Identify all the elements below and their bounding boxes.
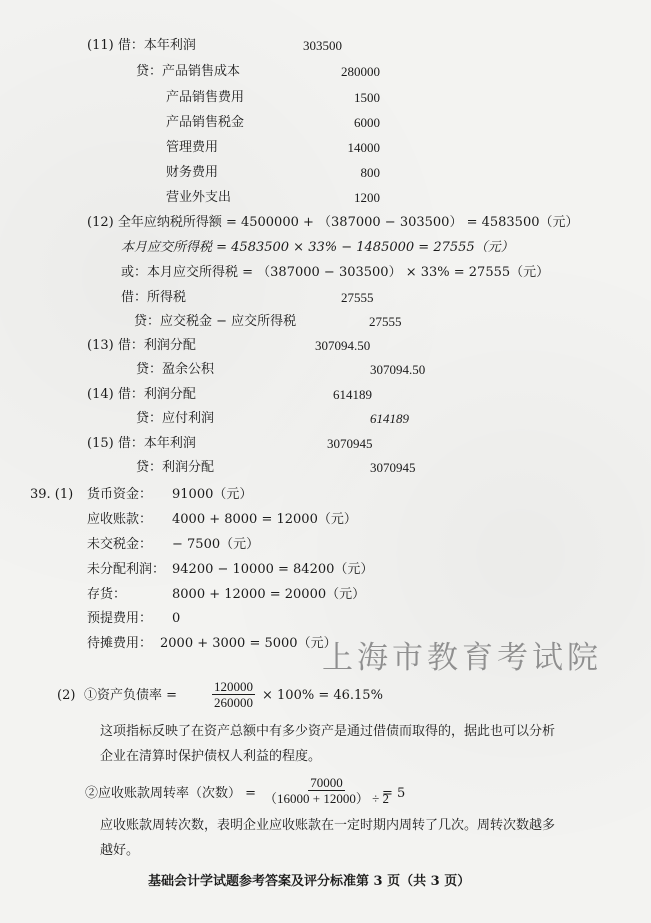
page-footer: 基础会计学试题参考答案及评分标准第 3 页（共 3 页） bbox=[148, 870, 470, 889]
ratio2-numerator: 70000 bbox=[308, 776, 345, 791]
entry-12-line-3: 或：本月应交所得税 = （387000 − 303500） × 33% = 27… bbox=[121, 265, 549, 281]
entry-14-credit-label: 贷：应付利润 bbox=[136, 411, 214, 427]
entry-11-credit-amount-5: 1200 bbox=[339, 190, 380, 206]
ratio2-explanation-2: 越好。 bbox=[100, 843, 139, 859]
entry-11-debit-label: (11) 借：本年利润 bbox=[87, 38, 196, 54]
entry-11-credit-amount-0: 280000 bbox=[339, 64, 380, 80]
issuer-stamp: 上海市教育考试院 bbox=[322, 640, 602, 676]
entry-15-credit-label: 贷：利润分配 bbox=[136, 460, 214, 476]
q39-item-value-4: 8000 + 12000 = 20000（元） bbox=[172, 587, 365, 603]
entry-14-debit-amount: 614189 bbox=[333, 387, 372, 403]
ratio1-suffix: × 100% = 46.15% bbox=[262, 688, 383, 704]
q39-item-label-2: 未交税金： bbox=[87, 537, 152, 553]
entry-11-credit-amount-2: 6000 bbox=[339, 115, 380, 131]
entry-11-credit-account-1: 产品销售费用 bbox=[166, 90, 244, 106]
ratio2-explanation-1: 应收账款周转次数，表明企业应收账款在一定时期内周转了几次。周转次数越多 bbox=[100, 818, 555, 834]
q39-item-label-0: 货币资金： bbox=[87, 487, 152, 503]
entry-13-credit-amount: 307094.50 bbox=[370, 362, 425, 378]
ratio1-numerator: 120000 bbox=[212, 680, 255, 695]
q39-part1-prefix: 39. (1) bbox=[30, 487, 73, 503]
entry-11-credit-label: 贷：产品销售成本 bbox=[136, 64, 240, 80]
q39-item-value-3: 94200 − 10000 = 84200（元） bbox=[172, 562, 373, 578]
ratio1-denominator: 260000 bbox=[212, 695, 255, 710]
ratio2-fraction: 70000 （16000 + 12000） ÷ 2 bbox=[262, 776, 391, 806]
q39-item-value-1: 4000 + 8000 = 12000（元） bbox=[172, 512, 357, 528]
entry-13-debit-label: (13) 借：利润分配 bbox=[87, 338, 196, 354]
q39-item-value-2: − 7500（元） bbox=[172, 537, 259, 553]
entry-11-credit-amount-1: 1500 bbox=[339, 90, 380, 106]
entry-11-debit-amount: 303500 bbox=[303, 38, 342, 54]
q39-item-label-5: 预提费用： bbox=[87, 611, 152, 627]
entry-12-credit-label: 贷：应交税金 − 应交所得税 bbox=[134, 314, 296, 330]
entry-11-credit-amount-3: 14000 bbox=[339, 140, 380, 156]
entry-15-credit-amount: 3070945 bbox=[370, 460, 416, 476]
entry-13-debit-amount: 307094.50 bbox=[315, 338, 370, 354]
entry-13-credit-label: 贷：盈余公积 bbox=[136, 362, 214, 378]
q39-item-value-5: 0 bbox=[172, 611, 180, 627]
q39-item-label-3: 未分配利润： bbox=[87, 562, 165, 578]
entry-12-line-1: (12) 全年应纳税所得额 = 4500000 + （387000 − 3035… bbox=[87, 215, 579, 231]
entry-12-debit-label: 借：所得税 bbox=[121, 290, 186, 306]
q39-item-value-0: 91000（元） bbox=[172, 487, 252, 503]
entry-11-credit-account-4: 财务费用 bbox=[166, 165, 218, 181]
entry-12-credit-amount: 27555 bbox=[369, 314, 402, 330]
q39-item-label-6: 待摊费用： bbox=[87, 636, 152, 652]
entry-15-debit-label: (15) 借：本年利润 bbox=[87, 436, 196, 452]
ratio2-denominator: （16000 + 12000） ÷ 2 bbox=[262, 791, 391, 806]
entry-14-debit-label: (14) 借：利润分配 bbox=[87, 387, 196, 403]
ratio2-suffix: = 5 bbox=[382, 786, 405, 802]
entry-14-credit-amount: 614189 bbox=[370, 411, 409, 427]
ratio1-explanation-2: 企业在清算时保护债权人利益的程度。 bbox=[100, 749, 321, 765]
ratio2-label: ②应收账款周转率（次数） = bbox=[85, 786, 256, 802]
q39-part2-prefix: (2) bbox=[57, 688, 75, 704]
entry-11-credit-account-2: 产品销售税金 bbox=[166, 115, 244, 131]
entry-12-line-2: 本月应交所得税 = 4583500 × 33% − 1485000 = 2755… bbox=[121, 240, 514, 256]
entry-15-debit-amount: 3070945 bbox=[327, 436, 373, 452]
entry-11-credit-amount-4: 800 bbox=[339, 165, 380, 181]
document-page: (11) 借：本年利润 303500 贷：产品销售成本 280000 产品销售费… bbox=[0, 0, 651, 923]
ratio1-fraction: 120000 260000 bbox=[212, 680, 255, 710]
entry-12-debit-amount: 27555 bbox=[341, 290, 374, 306]
ratio1-label: ①资产负债率 = bbox=[84, 688, 177, 704]
entry-11-credit-account-3: 管理费用 bbox=[166, 140, 218, 156]
entry-11-credit-account-5: 营业外支出 bbox=[166, 190, 231, 206]
q39-item-value-6: 2000 + 3000 = 5000（元） bbox=[160, 636, 337, 652]
q39-item-label-1: 应收账款： bbox=[87, 512, 152, 528]
q39-item-label-4: 存货： bbox=[87, 587, 126, 603]
ratio1-explanation-1: 这项指标反映了在资产总额中有多少资产是通过借债而取得的，据此也可以分析 bbox=[100, 724, 555, 740]
